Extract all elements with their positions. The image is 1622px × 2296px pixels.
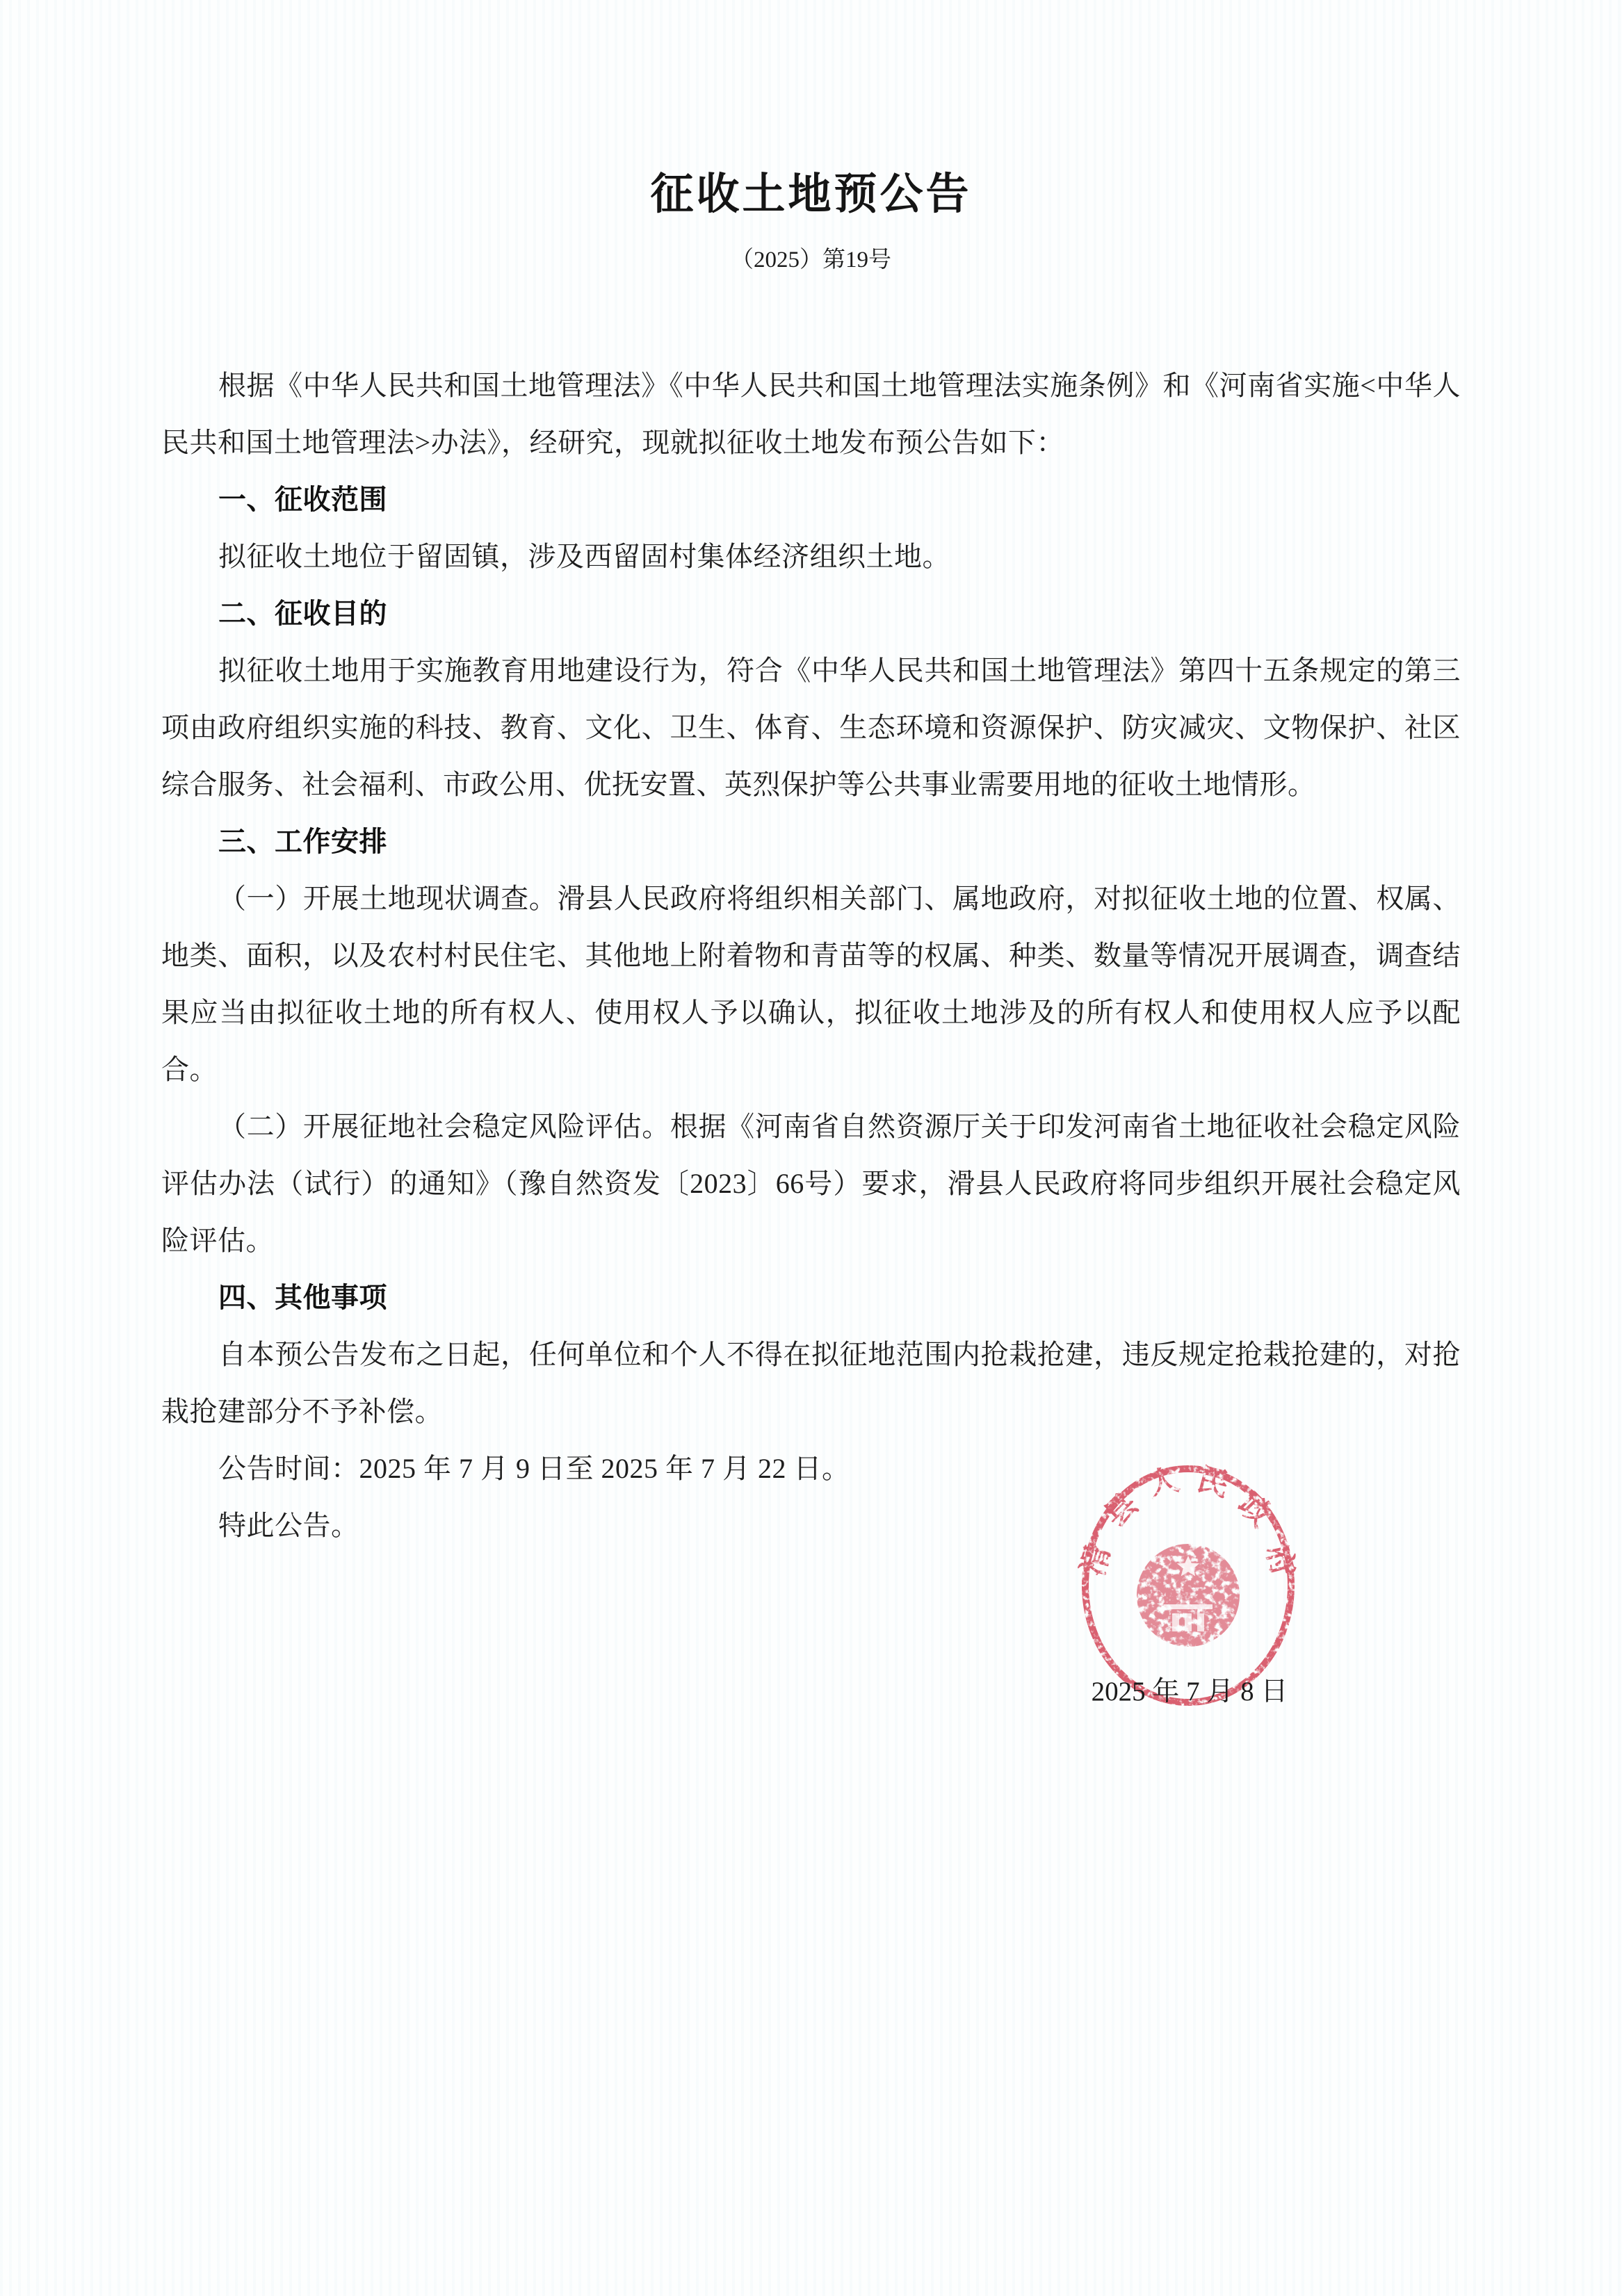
section-2-paragraph-1: 拟征收土地用于实施教育用地建设行为，符合《中华人民共和国土地管理法》第四十五条规… — [161, 642, 1461, 813]
intro-paragraph: 根据《中华人民共和国土地管理法》《中华人民共和国土地管理法实施条例》和《河南省实… — [161, 357, 1461, 471]
section-3-heading: 三、工作安排 — [161, 813, 1461, 870]
seal-char-5: 政 — [1232, 1487, 1279, 1533]
seal-char-2: 县 — [1098, 1487, 1144, 1533]
emblem-gate-lintel — [1164, 1604, 1213, 1609]
section-4-heading: 四、其他事项 — [161, 1269, 1461, 1326]
page-title: 征收土地预公告 — [0, 0, 1622, 217]
seal-emblem-group — [1137, 1544, 1240, 1647]
issue-date: 2025 年 7 月 8 日 — [1082, 1675, 1297, 1709]
section-3-paragraph-1: （一）开展土地现状调查。滑县人民政府将组织相关部门、属地政府，对拟征收土地的位置… — [161, 870, 1461, 1098]
section-4-paragraph-1: 自本预公告发布之日起，任何单位和个人不得在拟征地范围内抢栽抢建，违反规定抢栽抢建… — [161, 1326, 1461, 1440]
document-page: 征收土地预公告 （2025）第19号 根据《中华人民共和国土地管理法》《中华人民… — [0, 0, 1622, 2296]
official-seal-graphic: 滑 县 人 民 政 府 — [1076, 1461, 1300, 1711]
section-1-paragraph-1: 拟征收土地位于留固镇，涉及西留固村集体经济组织土地。 — [161, 528, 1461, 585]
doc-number: （2025）第19号 — [161, 246, 1461, 274]
emblem-gate-pillar-left — [1172, 1613, 1179, 1631]
section-2-heading: 二、征收目的 — [161, 585, 1461, 642]
emblem-gate-pillar-right — [1197, 1613, 1204, 1631]
document-body: 根据《中华人民共和国土地管理法》《中华人民共和国土地管理法实施条例》和《河南省实… — [161, 357, 1461, 1554]
emblem-gate-pillar-middle — [1185, 1613, 1192, 1631]
official-seal: 滑 县 人 民 政 府 — [1076, 1461, 1300, 1711]
section-3-paragraph-2: （二）开展征地社会稳定风险评估。根据《河南省自然资源厅关于印发河南省土地征收社会… — [161, 1098, 1461, 1269]
section-1-heading: 一、征收范围 — [161, 471, 1461, 528]
